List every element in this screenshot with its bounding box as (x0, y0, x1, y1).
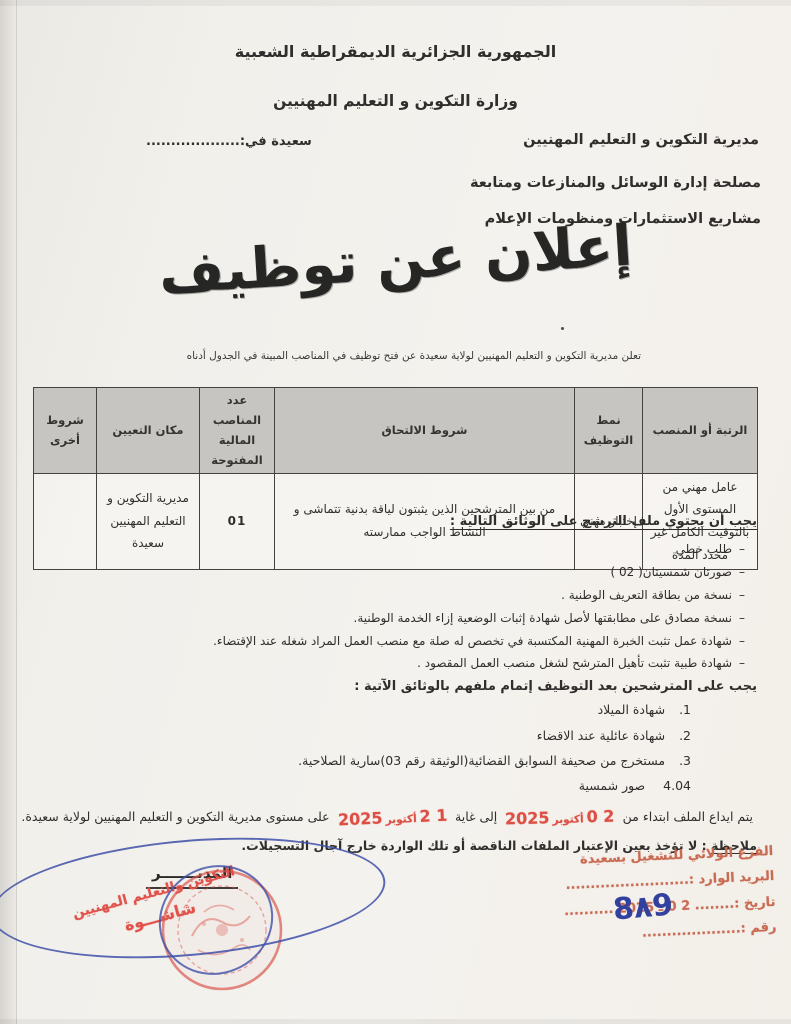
end-month: أكتوبر (385, 813, 417, 826)
stray-ink-dot (561, 327, 564, 330)
document-item-text: نسخة مصادق على مطابقتها لأصل شهادة إثبات… (354, 611, 733, 625)
col-other-conditions: شروط أخرى (34, 388, 97, 474)
document-item: –شهادة عمل تثبت الخبرة المهنية المكتسبة … (18, 634, 757, 648)
dash-bullet: – (739, 588, 745, 602)
completion-item: 4.04 صور شمسية (18, 779, 757, 793)
stamp-date-dots: .......... (564, 902, 614, 919)
deposit-prefix: يتم ايداع الملف ابتداء من (623, 809, 753, 824)
end-year: 2025 (337, 808, 382, 829)
completion-heading: يجب على المترشحين بعد التوظيف إتمام ملفه… (18, 679, 757, 694)
deposit-suffix: على مستوى مديرية التكوين و التعليم المهن… (21, 809, 329, 824)
start-day: 0 2 (587, 806, 615, 826)
body-sections: يجب أن يحتوي ملف الترشح على الوثائق التا… (18, 514, 757, 853)
col-recruitment-mode: نمط التوظيف (575, 388, 643, 474)
completion-item: 3.مستخرج من صحيفة السوابق القضائية(الوثي… (18, 754, 757, 768)
intro-sentence: تعلن مديرية التكوين و التعليم المهنيين ل… (187, 350, 641, 362)
document-item-text: نسخة من بطاقة التعريف الوطنية . (561, 588, 732, 602)
dash-bullet: – (739, 542, 745, 556)
scanned-job-announcement-page: الجمهورية الجزائرية الديمقراطية الشعبية … (0, 0, 791, 1024)
deposit-period-line: يتم ايداع الملف ابتداء من 0 2أكتوبر2025 … (18, 805, 757, 831)
col-admission-conditions: شروط الالتحاق (275, 388, 575, 474)
stamp-date-dots: ........ (694, 896, 734, 913)
completion-item: 1.شهادة الميلاد (18, 703, 757, 717)
document-item: –نسخة من بطاقة التعريف الوطنية . (18, 588, 757, 602)
item-number: 2. (679, 728, 691, 743)
document-item: –صورتان شمسيتان( 02 ) (18, 565, 757, 579)
start-month: أكتوبر (553, 813, 584, 826)
dash-bullet: – (739, 611, 745, 625)
document-item-text: صورتان شمسيتان( 02 ) (611, 565, 733, 579)
service-line-1: مصلحة إدارة الوسائل والمنازعات ومتابعة (470, 175, 761, 191)
col-assignment-place: مكان التعيين (97, 388, 200, 474)
deposit-middle: إلى غاية (455, 809, 497, 824)
document-item-text: شهادة طبية تثبت تأهيل المترشح لشغل منصب … (417, 656, 732, 670)
page-bottom-edge-shadow (0, 1019, 791, 1024)
place-date-line: سعيدة في:................... (146, 134, 312, 149)
stamp-date-label: تاريخ : (734, 895, 776, 912)
document-item-text: طلب خطي (676, 542, 732, 556)
page-left-edge-shadow (0, 0, 17, 1024)
completion-item: 2.شهادة عائلية عند الاقضاء (18, 729, 757, 743)
col-open-positions: عدد المناصب المالية المفتوحة (200, 388, 275, 474)
page-title: إعلان عن توظيف (0, 204, 791, 317)
directorate-line: مديرية التكوين و التعليم المهنيين (523, 132, 759, 148)
start-date-stamp: 0 2أكتوبر2025 (505, 803, 615, 831)
dash-bullet: – (739, 656, 745, 670)
handwritten-registration-number: 8٨9 (612, 887, 675, 927)
document-item-text: شهادة عمل تثبت الخبرة المهنية المكتسبة ف… (213, 634, 732, 648)
document-item: –نسخة مصادق على مطابقتها لأصل شهادة إثبا… (18, 611, 757, 625)
page-top-edge-shadow (0, 0, 791, 6)
start-year: 2025 (505, 808, 550, 828)
document-item: –طلب خطي (18, 542, 757, 556)
document-item: –شهادة طبية تثبت تأهيل المترشح لشغل منصب… (18, 656, 757, 670)
table-header-row: الرتبة أو المنصب نمط التوظيف شروط الالتح… (34, 388, 758, 474)
item-number: 3. (679, 753, 691, 768)
item-number: 4. (663, 778, 675, 793)
completion-item-text: 04 صور شمسية (579, 778, 691, 793)
completion-item-text: شهادة الميلاد (598, 702, 665, 717)
completion-item-text: مستخرج من صحيفة السوابق القضائية(الوثيقة… (298, 753, 665, 768)
stamp-number-dots: .................... (642, 921, 741, 940)
end-date-stamp: 2 1أكتوبر2025 (337, 802, 447, 832)
end-day: 2 1 (419, 805, 448, 825)
completion-item-text: شهادة عائلية عند الاقضاء (537, 728, 665, 743)
ministry-header: وزارة التكوين و التعليم المهنيين (0, 92, 791, 110)
item-number: 1. (679, 702, 691, 717)
col-rank: الرتبة أو المنصب (643, 388, 758, 474)
republic-header: الجمهورية الجزائرية الديمقراطية الشعبية (0, 42, 791, 61)
stamp-number-label: رقم : (740, 920, 777, 937)
dash-bullet: – (739, 634, 745, 648)
documents-heading: يجب أن يحتوي ملف الترشح على الوثائق التا… (18, 514, 757, 529)
dash-bullet: – (739, 565, 745, 579)
